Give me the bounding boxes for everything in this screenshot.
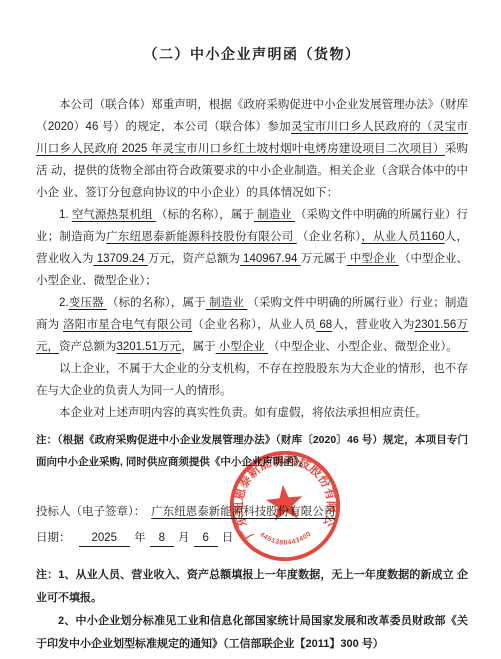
footnote-1: 注：1、从业人员、营业收入、资产总额填报上一年度数据，无上一年度数据的新成立 企… bbox=[36, 564, 468, 610]
item2-assets-filled: 3201.51万元 bbox=[117, 341, 182, 353]
date-day-unit: 日 bbox=[222, 532, 234, 544]
item1-text-5: 万元，资产总额为 bbox=[148, 253, 240, 265]
item2-text-6: ，属于 bbox=[181, 341, 216, 353]
item2-text-4: 人，营业收入为 bbox=[332, 319, 415, 331]
item1-text-6: 万元属于 bbox=[301, 253, 347, 265]
item2-text-3: （企业名称），从业人员 bbox=[192, 319, 316, 331]
signature-block: 投标人（电子签章）：广东纽恩泰新能源科技股份有限公司 日期：2025年8月6日 bbox=[36, 499, 468, 551]
item1-industry-filled: 制造业 bbox=[254, 209, 295, 221]
date-month-unit: 月 bbox=[178, 532, 190, 544]
item2-text-1: （标的名称），属于 bbox=[107, 297, 206, 309]
bidder-name-filled: 广东纽恩泰新能源科技股份有限公司 bbox=[151, 506, 345, 518]
paragraph-declaration: 本公司（联合体）郑重声明，根据《政府采购促进中小企业发展管理办法》（财库（202… bbox=[36, 94, 468, 204]
paragraph-responsibility: 本企业对上述声明内容的真实性负责。如有虚假，将依法承担相应责任。 bbox=[36, 402, 468, 424]
footnote-2: 2、中小企业划分标准见工业和信息化部国家统计局国家发展和改革委员财政部《关 于印… bbox=[36, 610, 468, 656]
date-row: 日期：2025年8月6日 bbox=[36, 525, 468, 551]
item2-staff-filled: 68 bbox=[316, 319, 332, 331]
item2-number: 2. bbox=[59, 297, 69, 309]
page-title: （二）中小企业声明函（货物） bbox=[36, 0, 468, 64]
item1-scale-filled: 中型企业 bbox=[347, 253, 399, 265]
item1-number: 1. bbox=[59, 209, 72, 221]
bidder-label: 投标人（电子签章）： bbox=[36, 506, 145, 518]
item2-text-5: 资产总额为 bbox=[59, 341, 117, 353]
paragraph-no-large-enterprise: 以上企业，不属于大企业的分支机构，不存在控股股东为大企业的情形，也不存在与大企业… bbox=[36, 358, 468, 402]
item1-manufacturer-filled: 广东纽恩泰新能源科技股份有限公司 bbox=[106, 231, 297, 243]
item1-revenue-filled: 13709.24 bbox=[94, 253, 148, 265]
footnotes-block: 注：1、从业人员、营业收入、资产总额填报上一年度数据，无上一年度数据的新成立 企… bbox=[36, 564, 468, 656]
date-month-value: 8 bbox=[150, 531, 174, 547]
date-year-unit: 年 bbox=[134, 532, 146, 544]
item2-industry-filled: 制造业 bbox=[206, 297, 248, 309]
document-content: （二）中小企业声明函（货物） 本公司（联合体）郑重声明，根据《政府采购促进中小企… bbox=[0, 0, 501, 656]
item2-subject-filled: 变压器 bbox=[69, 297, 107, 309]
bidder-row: 投标人（电子签章）：广东纽恩泰新能源科技股份有限公司 bbox=[36, 499, 468, 525]
item1-text-3: （企业名称） bbox=[297, 231, 361, 243]
item2-scale-filled: 小型企业 bbox=[216, 341, 268, 353]
item1-subject-filled: 空气源热泵机组 bbox=[72, 209, 156, 221]
date-day-value: 6 bbox=[194, 531, 218, 547]
item1-assets-filled: 140967.94 bbox=[240, 253, 301, 265]
item2-paragraph: 2.变压器 （标的名称），属于 制造业 （采购文件中明确的所属行业）行业；制造商… bbox=[36, 292, 468, 358]
item2-manufacturer-filled: 洛阳市星合电气有限公司 bbox=[63, 319, 192, 331]
declaration-document-page: （二）中小企业声明函（货物） 本公司（联合体）郑重声明，根据《政府采购促进中小企… bbox=[0, 0, 501, 659]
date-label: 日期： bbox=[36, 532, 71, 544]
item1-staff-filled: ，从业人员1160 bbox=[361, 231, 444, 243]
date-year-value: 2025 bbox=[79, 531, 131, 547]
item1-paragraph: 1. 空气源热泵机组 （标的名称），属于 制造业 （采购文件中明确的所属行业）行… bbox=[36, 204, 468, 292]
item1-text-1: （标的名称），属于 bbox=[156, 209, 254, 221]
note-targeted-procurement: 注：（根据《政府采购促进中小企业发展管理办法》（财库〔2020〕46 号）规定，… bbox=[36, 429, 468, 473]
item2-text-7: （中型企业、小型企业、微型企业）。 bbox=[268, 341, 458, 353]
